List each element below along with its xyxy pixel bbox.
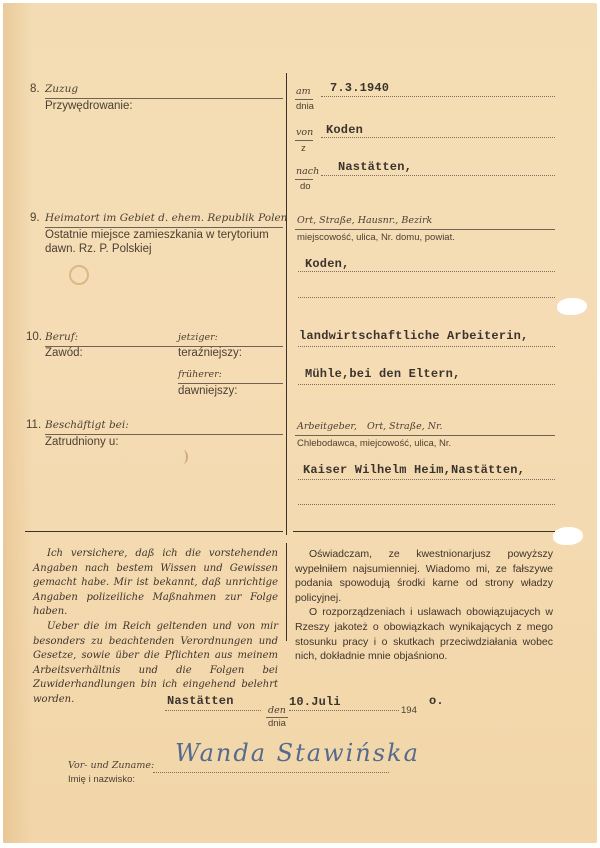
from-label-pl: z (301, 143, 306, 154)
fill-line (321, 137, 555, 138)
section9-label-pl-2: dawn. Rz. P. Polskiej (45, 243, 152, 255)
declaration-de-para-2: Ueber die im Reich geltenden und von mir… (33, 620, 278, 708)
section10-label-de: Beruf: (45, 331, 78, 343)
rule (45, 434, 283, 435)
fill-line (298, 271, 555, 272)
from-label-de: von (296, 127, 313, 138)
employer-header-pl: Chlebodawca, miejcowość, ulica, Nr. (297, 438, 451, 449)
section10-label-pl: Zawód: (45, 347, 83, 359)
fill-line (298, 479, 555, 480)
section11-label-pl: Zatrudniony u: (45, 436, 119, 448)
section9-header-pl: miejscowość, ulica, Nr. domu, powiat. (297, 232, 455, 243)
employer-header-de-2: Ort, Straße, Nr. (367, 421, 443, 432)
stain-mark (178, 450, 188, 464)
date-label-de: am (296, 86, 311, 97)
fill-line (165, 710, 261, 711)
origin-value: Koden (326, 123, 363, 137)
rule (295, 435, 555, 436)
section9-label-pl-1: Ostatnie miejsce zamieszkania w terytori… (45, 229, 269, 241)
current-occupation-label-de: jetziger: (178, 332, 218, 343)
former-occupation-label-pl: dawniejszy: (178, 385, 237, 397)
stain-mark (69, 265, 89, 285)
fill-line (298, 346, 555, 347)
fill-line (298, 384, 555, 385)
declaration-pl-para-1: Oświadczam, ze kwestnionarjusz powyższy … (295, 547, 553, 605)
rule (45, 98, 283, 99)
declaration-pl-para-2: O rozporządzeniach i uslawach obowiązuja… (295, 605, 553, 663)
year-suffix: o. (429, 694, 444, 708)
rule (295, 179, 313, 180)
name-label-pl: Imię i nazwisko: (68, 774, 135, 785)
name-label-de: Vor- und Zuname: (68, 760, 154, 771)
date-label-de: den (268, 705, 286, 716)
employer-header-de-1: Arbeitgeber, (297, 421, 357, 432)
signature: Wanda Stawińska (175, 739, 420, 767)
section-rule (293, 531, 555, 532)
employer-value: Kaiser Wilhelm Heim,Nastätten, (303, 463, 525, 477)
date-label-pl: dnia (268, 718, 286, 729)
rule (178, 383, 283, 384)
year-prefix: 194 (401, 705, 417, 716)
section10-number: 10. (26, 331, 42, 343)
fill-line (289, 710, 399, 711)
declaration-de-para-1: Ich versichere, daß ich die vorstehenden… (33, 547, 278, 620)
paper-tear (557, 298, 587, 315)
rule (45, 227, 283, 228)
fill-line (298, 504, 555, 505)
column-divider (286, 73, 287, 535)
fill-line (321, 96, 555, 97)
to-label-de: nach (296, 166, 319, 177)
rule (295, 140, 313, 141)
signing-date-value: 10.Juli (289, 695, 341, 709)
section8-number: 8. (30, 83, 40, 95)
section-rule (25, 531, 283, 532)
current-occupation-value: landwirtschaftliche Arbeiterin, (299, 329, 528, 343)
section9-label-de: Heimatort im Gebiet d. ehem. Republik Po… (45, 212, 287, 224)
destination-value: Nastätten, (338, 160, 412, 174)
paper-tear (553, 527, 583, 545)
section11-label-de: Beschäftigt bei: (45, 419, 129, 431)
rule (295, 229, 555, 230)
current-occupation-label-pl: teraźniejszy: (178, 347, 242, 359)
column-divider (286, 543, 287, 641)
fill-line (298, 297, 555, 298)
arrival-date-value: 7.3.1940 (330, 81, 389, 95)
place-value: Nastätten (167, 694, 234, 708)
section8-label-de: Zuzug (45, 83, 78, 95)
former-occupation-value: Mühle,bei den Eltern, (305, 367, 460, 381)
section11-number: 11. (26, 419, 41, 431)
fill-line (153, 772, 389, 773)
hometown-value: Koden, (305, 257, 349, 271)
section9-number: 9. (30, 212, 40, 224)
to-label-pl: do (300, 181, 311, 192)
section8-label-pl: Przywędrowanie: (45, 100, 133, 112)
rule (295, 99, 313, 100)
former-occupation-label-de: früherer: (178, 369, 222, 380)
document-page: 8. Zuzug Przywędrowanie: am dnia 7.3.194… (3, 3, 597, 843)
date-label-pl: dnia (296, 101, 314, 112)
section9-header-de: Ort, Straße, Hausnr., Bezirk (297, 215, 432, 226)
fill-line (321, 175, 555, 176)
declaration-polish: Oświadczam, ze kwestnionarjusz powyższy … (295, 547, 553, 664)
declaration-german: Ich versichere, daß ich die vorstehenden… (33, 547, 278, 708)
